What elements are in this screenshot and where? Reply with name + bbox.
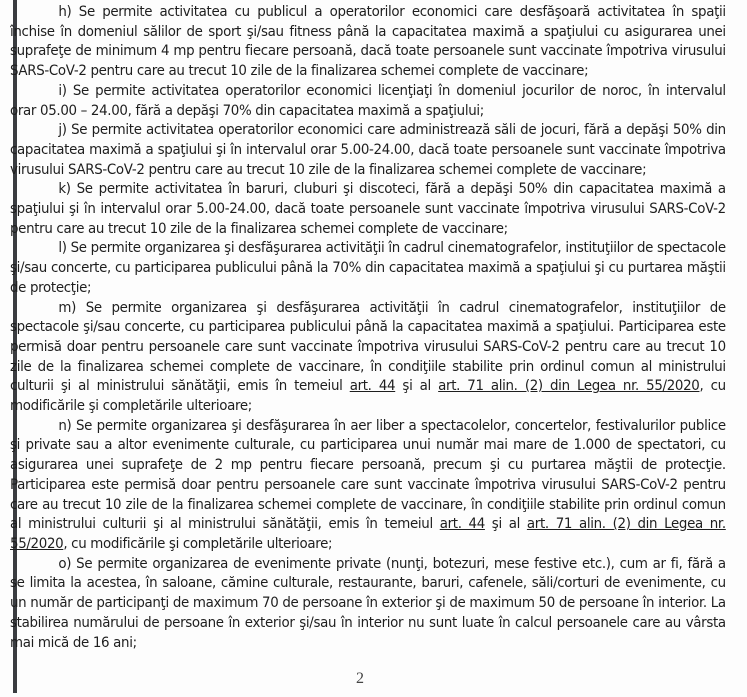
page-number: 2 xyxy=(356,670,364,688)
paragraph-m: m) Se permite organizarea şi desfăşurare… xyxy=(10,299,726,417)
link-art-44[interactable]: art. 44 xyxy=(440,516,485,532)
document-page: h) Se permite activitatea cu publicul a … xyxy=(10,3,726,653)
link-art-44[interactable]: art. 44 xyxy=(350,378,395,394)
paragraph-h: h) Se permite activitatea cu publicul a … xyxy=(10,3,726,82)
paragraph-l: l) Se permite organizarea şi desfăşurare… xyxy=(10,239,726,298)
paragraph-n: n) Se permite organizarea şi desfăşurare… xyxy=(10,417,726,555)
link-art-71-legea-55-2020[interactable]: art. 71 alin. (2) din Legea nr. 55/2020 xyxy=(438,378,699,394)
paragraph-i: i) Se permite activitatea operatorilor e… xyxy=(10,82,726,121)
paragraph-o: o) Se permite organizarea de evenimente … xyxy=(10,555,726,654)
paragraph-j: j) Se permite activitatea operatorilor e… xyxy=(10,121,726,180)
paragraph-k: k) Se permite activitatea în baruri, clu… xyxy=(10,180,726,239)
